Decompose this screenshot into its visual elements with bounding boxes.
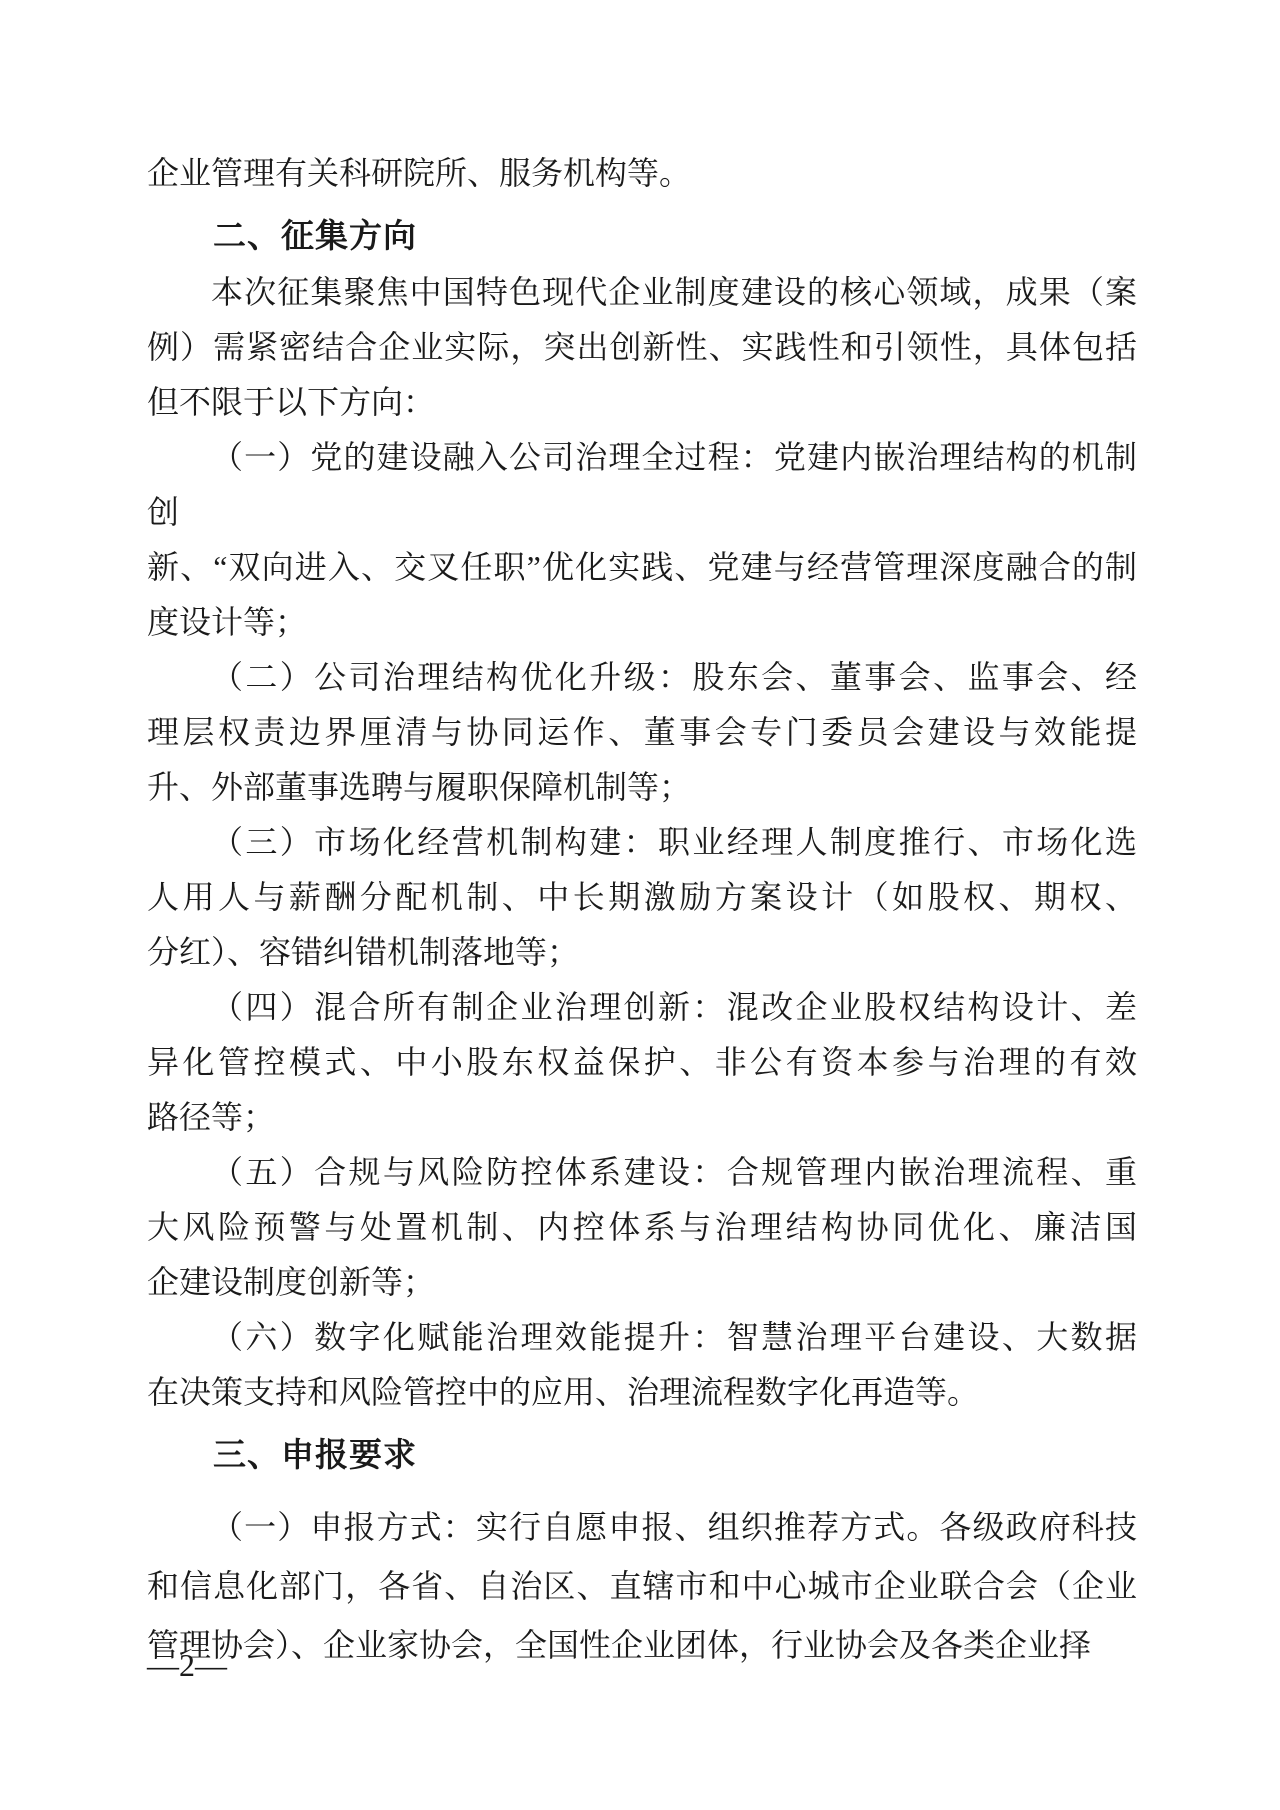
body-line: （六）数字化赋能治理效能提升：智慧治理平台建设、大数据 [147, 1310, 1137, 1365]
body-line: 企建设制度创新等； [147, 1255, 1137, 1310]
paragraph: （五）合规与风险防控体系建设：合规管理内嵌治理流程、重大风险预警与处置机制、内控… [147, 1145, 1137, 1310]
section-heading: 三、申报要求 [147, 1429, 1137, 1484]
body-line: 分红）、容错纠错机制落地等； [147, 925, 1137, 980]
paragraph: （四）混合所有制企业治理创新：混改企业股权结构设计、差异化管控模式、中小股东权益… [147, 980, 1137, 1145]
body-line: 异化管控模式、中小股东权益保护、非公有资本参与治理的有效 [147, 1035, 1137, 1090]
body-line: 但不限于以下方向： [147, 375, 1137, 430]
body-line: 理层权责边界厘清与协同运作、董事会专门委员会建设与效能提 [147, 705, 1137, 760]
body-line: 升、外部董事选聘与履职保障机制等； [147, 760, 1137, 815]
heading-text: 三、申报要求 [147, 1429, 1137, 1484]
heading-text: 二、征集方向 [147, 210, 1137, 265]
body-line: 大风险预警与处置机制、内控体系与治理结构协同优化、廉洁国 [147, 1200, 1137, 1255]
body-line: 度设计等； [147, 595, 1137, 650]
body-line: （一）申报方式：实行自愿申报、组织推荐方式。各级政府科技 [147, 1498, 1137, 1557]
body-line: （三）市场化经营机制构建：职业经理人制度推行、市场化选 [147, 815, 1137, 870]
paragraph: （二）公司治理结构优化升级：股东会、董事会、监事会、经理层权责边界厘清与协同运作… [147, 650, 1137, 815]
body-line: 人用人与薪酬分配机制、中长期激励方案设计（如股权、期权、 [147, 870, 1137, 925]
section-heading: 二、征集方向 [147, 210, 1137, 265]
paragraph: 企业管理有关科研院所、服务机构等。 [147, 146, 1137, 201]
body-line: （一）党的建设融入公司治理全过程：党建内嵌治理结构的机制创 [147, 430, 1137, 540]
document-page: 企业管理有关科研院所、服务机构等。二、征集方向本次征集聚焦中国特色现代企业制度建… [0, 0, 1280, 1810]
body-line: 路径等； [147, 1090, 1137, 1145]
body-line: 在决策支持和风险管控中的应用、治理流程数字化再造等。 [147, 1365, 1137, 1420]
paragraph: （三）市场化经营机制构建：职业经理人制度推行、市场化选人用人与薪酬分配机制、中长… [147, 815, 1137, 980]
body-line: 本次征集聚焦中国特色现代企业制度建设的核心领域，成果（案 [147, 265, 1137, 320]
body-line: （二）公司治理结构优化升级：股东会、董事会、监事会、经 [147, 650, 1137, 705]
body-line: （四）混合所有制企业治理创新：混改企业股权结构设计、差 [147, 980, 1137, 1035]
body-line: 和信息化部门，各省、自治区、直辖市和中心城市企业联合会（企业 [147, 1557, 1137, 1616]
body-line: 管理协会）、企业家协会，全国性企业团体，行业协会及各类企业择 [147, 1616, 1137, 1675]
paragraph: （一）申报方式：实行自愿申报、组织推荐方式。各级政府科技和信息化部门，各省、自治… [147, 1498, 1137, 1675]
body-line: 例）需紧密结合企业实际，突出创新性、实践性和引领性，具体包括 [147, 320, 1137, 375]
paragraph: 本次征集聚焦中国特色现代企业制度建设的核心领域，成果（案例）需紧密结合企业实际，… [147, 265, 1137, 430]
body-line: （五）合规与风险防控体系建设：合规管理内嵌治理流程、重 [147, 1145, 1137, 1200]
document-body: 企业管理有关科研院所、服务机构等。二、征集方向本次征集聚焦中国特色现代企业制度建… [147, 146, 1137, 1675]
paragraph: （一）党的建设融入公司治理全过程：党建内嵌治理结构的机制创新、“双向进入、交叉任… [147, 430, 1137, 650]
body-line: 新、“双向进入、交叉任职”优化实践、党建与经营管理深度融合的制 [147, 540, 1137, 595]
paragraph: （六）数字化赋能治理效能提升：智慧治理平台建设、大数据在决策支持和风险管控中的应… [147, 1310, 1137, 1420]
body-line: 企业管理有关科研院所、服务机构等。 [147, 146, 1137, 201]
page-number: —2— [147, 1645, 227, 1685]
